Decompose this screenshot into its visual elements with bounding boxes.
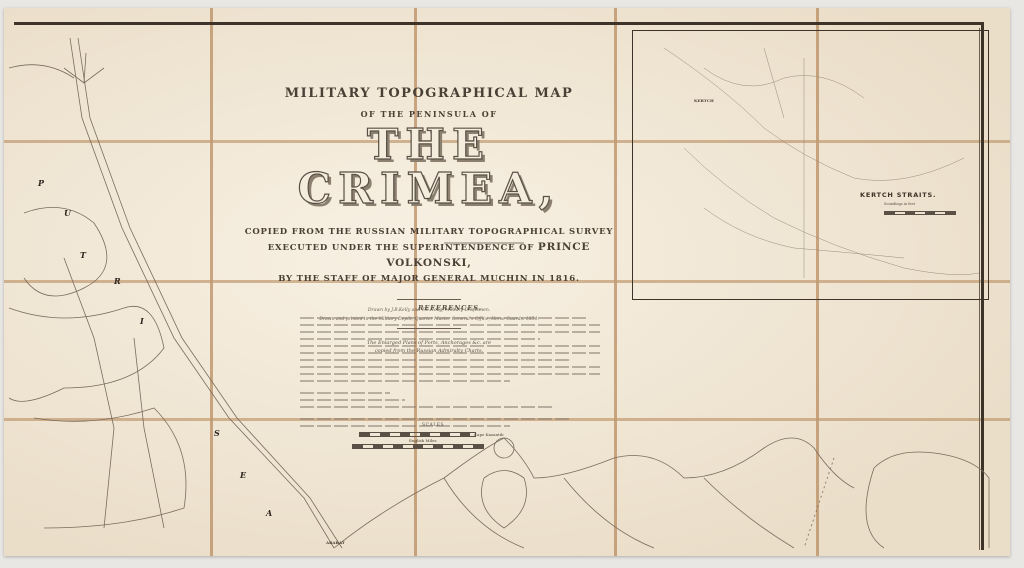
place-label-arabat: ARABAT: [326, 540, 345, 545]
scale-label-english-miles: English Miles: [409, 438, 437, 443]
inset-map-kertch-straits: [632, 30, 989, 300]
place-label-kertch: KERTCH: [694, 98, 714, 103]
inset-scale-bar: [884, 211, 956, 215]
sea-label-letter: U: [64, 208, 71, 218]
scales-heading: SCALES: [422, 423, 444, 428]
title-line-1: MILITARY TOPOGRAPHICAL MAP: [234, 86, 624, 101]
sea-label-letter: T: [80, 250, 86, 260]
sea-label-letter: E: [240, 470, 246, 480]
sea-label-letter: A: [266, 508, 272, 518]
inset-title: KERTCH STRAITS.: [860, 191, 936, 199]
references-block: REFERENCES.: [300, 304, 600, 432]
scale-bar-english-miles: [352, 444, 484, 449]
subtitle-line-1: COPIED FROM THE RUSSIAN MILITARY TOPOGRA…: [234, 225, 624, 240]
sea-label-letter: S: [214, 428, 220, 438]
subtitle: COPIED FROM THE RUSSIAN MILITARY TOPOGRA…: [234, 225, 624, 287]
sea-label-letter: I: [140, 316, 144, 326]
subtitle-line-2a: EXECUTED UNDER THE SUPERINTENDENCE OF: [268, 243, 538, 253]
map-sheet: KERTCH STRAITS. Soundings in feet KERTCH…: [4, 8, 1010, 556]
sea-label-letter: P: [38, 178, 44, 188]
scale-bar-versts: [359, 432, 476, 437]
inset-scale-note: Soundings in feet: [884, 202, 915, 206]
subtitle-line-3: BY THE STAFF OF MAJOR GENERAL MUCHIN IN …: [234, 272, 624, 287]
subtitle-line-2: EXECUTED UNDER THE SUPERINTENDENCE OF PR…: [234, 240, 624, 272]
title-line-2: OF THE PENINSULA OF: [234, 109, 624, 119]
divider: [397, 299, 461, 300]
main-title: THE CRIMEA,: [234, 123, 624, 211]
sea-label-letter: R: [114, 276, 121, 286]
place-label-cape: Cape Kazantib: [474, 432, 504, 437]
references-heading: REFERENCES.: [300, 304, 600, 312]
